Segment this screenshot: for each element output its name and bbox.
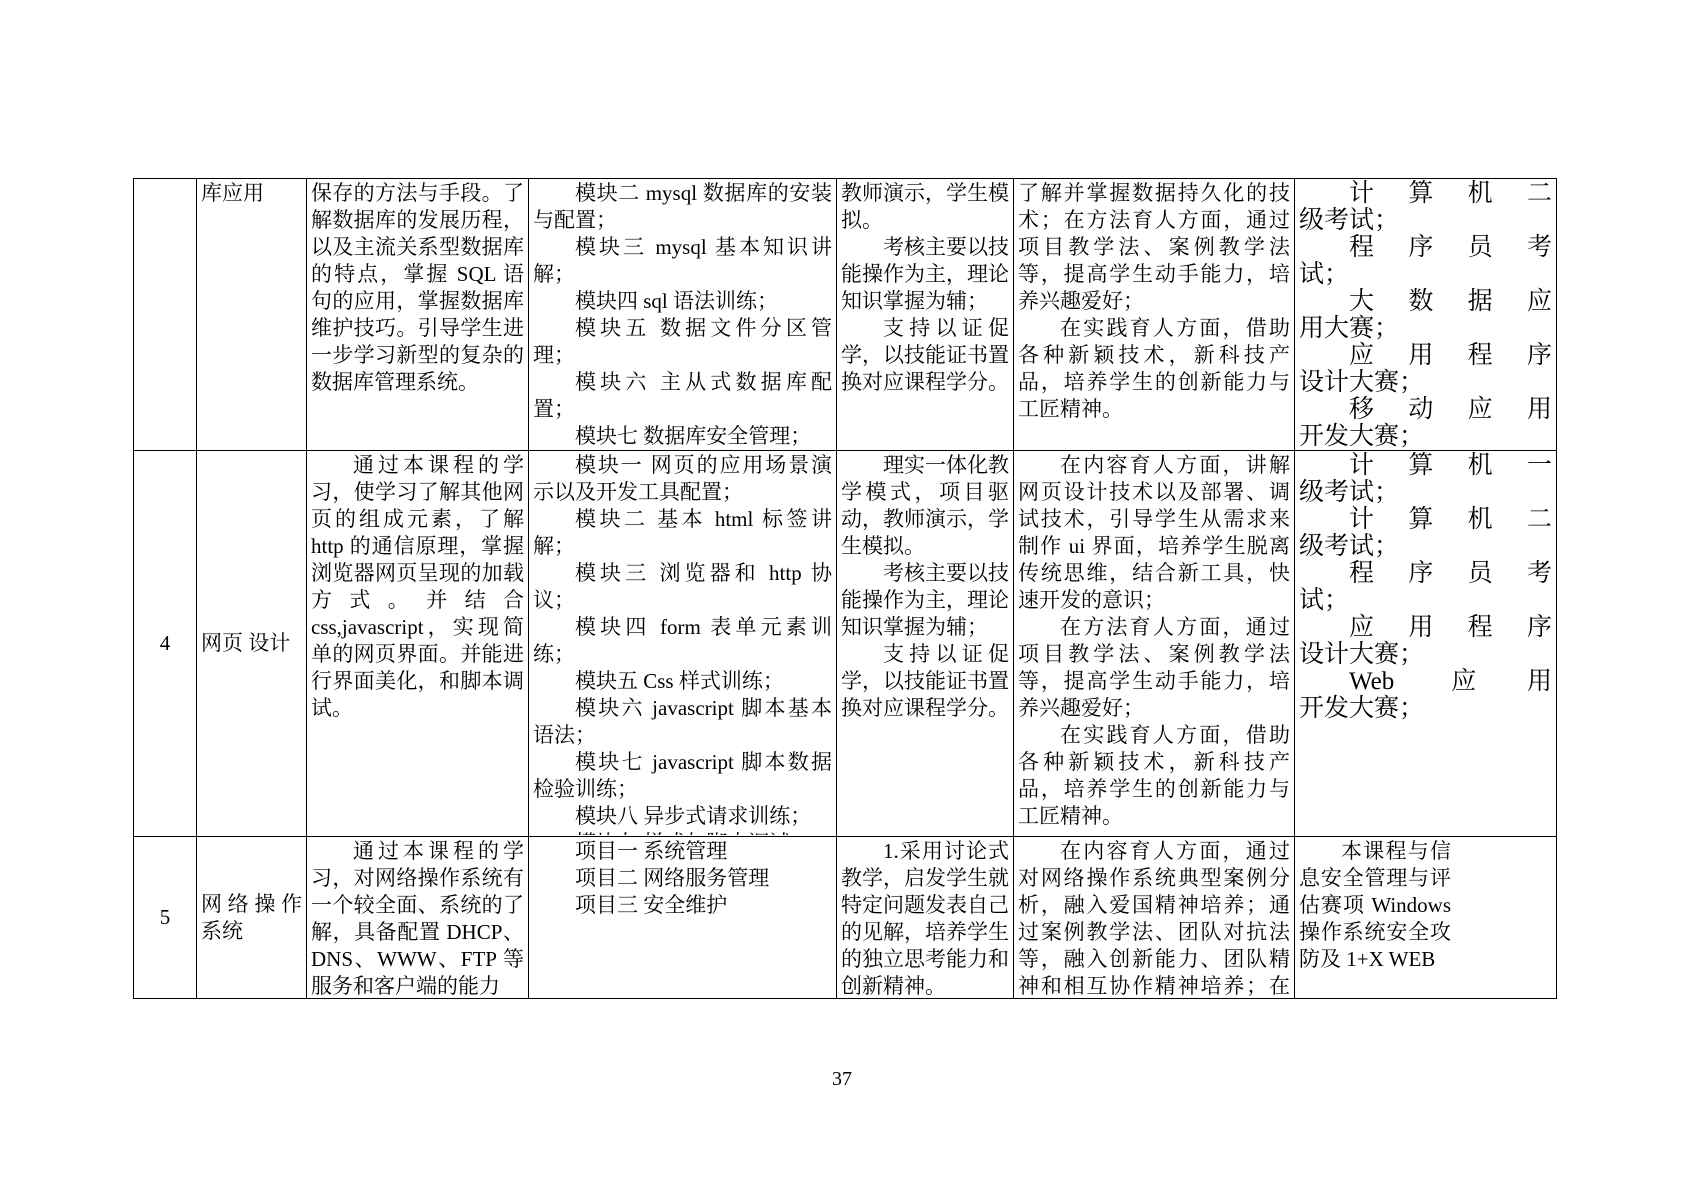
paragraph: 支持以证促学，以技能证书置换对应课程学分。 [841,315,1009,396]
curriculum-table-body: 库应用保存的方法与手段。了解数据库的发展历程，以及主流关系型数据库的特点，掌握 … [134,179,1557,999]
paragraph: 模块一 网页的应用场景演示以及开发工具配置； [533,452,832,506]
cell-course-name: 库应用 [197,179,307,451]
exam-line: 程序员考 [1299,234,1552,261]
exam-line: 试； [1299,261,1552,288]
paragraph: 模块三 mysql 基本知识讲解； [533,234,832,288]
exam-line: 开发大赛； [1299,423,1552,449]
paragraph: 通过本课程的学习，对网络操作系统有一个较全面、系统的了解，具备配置 DHCP、D… [311,838,524,997]
cell-number: 5 [134,837,197,999]
paragraph: 项目一 系统管理 [533,838,832,865]
paragraph: 模块八 异步式请求训练； [533,803,832,830]
cell-exams-competitions: 计算机一级考试；计算机二级考试；程序员考试；应用程序设计大赛；Web 应用开发大… [1295,451,1557,837]
table-row: 4网页 设计通过本课程的学习，使学习了解其他网页的组成元素，了解 http 的通… [134,451,1557,837]
cell-modules: 项目一 系统管理项目二 网络服务管理项目三 安全维护 [529,837,837,999]
paragraph: 模块五 Css 样式训练； [533,668,832,695]
paragraph: 考核主要以技能操作为主，理论知识掌握为辅； [841,560,1009,641]
exam-item: 程序员考试； [1299,560,1552,614]
cell-course-name: 网络操作系统 [197,837,307,999]
paragraph: 模块七 数据库安全管理； [533,423,832,449]
cell-description: 通过本课程的学习，对网络操作系统有一个较全面、系统的了解，具备配置 DHCP、D… [307,837,529,999]
cell-education-points: 了解并掌握数据持久化的技术；在方法育人方面，通过项目教学法、案例教学法等，提高学… [1014,179,1295,451]
exam-line: Web 应用 [1299,668,1552,695]
exam-line: 计算机一 [1299,452,1552,479]
table-row: 5网络操作系统通过本课程的学习，对网络操作系统有一个较全面、系统的了解，具备配置… [134,837,1557,999]
paragraph: 保存的方法与手段。了解数据库的发展历程，以及主流关系型数据库的特点，掌握 SQL… [311,180,524,396]
row-number: 5 [138,904,192,931]
exam-line: 用大赛； [1299,315,1552,342]
curriculum-table: 库应用保存的方法与手段。了解数据库的发展历程，以及主流关系型数据库的特点，掌握 … [133,178,1557,999]
cell-exams-competitions: 本课程与信息安全管理与评估赛项 Windows 操作系统安全攻防及 1+X WE… [1295,837,1557,999]
exam-item: 大数据应用大赛； [1299,288,1552,342]
cell-description: 保存的方法与手段。了解数据库的发展历程，以及主流关系型数据库的特点，掌握 SQL… [307,179,529,451]
paragraph: 在内容育人方面，讲解网页设计技术以及部署、调试技术，引导学生从需求来制作 ui … [1018,452,1290,614]
exam-item: 应用程序设计大赛； [1299,614,1552,668]
paragraph: 本课程与信息安全管理与评估赛项 Windows 操作系统安全攻防及 1+X WE… [1299,838,1451,973]
cell-description: 通过本课程的学习，使学习了解其他网页的组成元素，了解 http 的通信原理，掌握… [307,451,529,837]
paragraph: 模块二 基本 html 标签讲解； [533,506,832,560]
exam-item: 移动应用开发大赛； [1299,396,1552,449]
paragraph: 了解并掌握数据持久化的技术；在方法育人方面，通过项目教学法、案例教学法等，提高学… [1018,180,1290,315]
exam-line: 程序员考 [1299,560,1552,587]
cell-teaching-method: 1.采用讨论式教学，启发学生就特定问题发表自己的见解，培养学生的独立思考能力和创… [837,837,1014,999]
exam-line: 计算机二 [1299,180,1552,207]
exam-line: 级考试； [1299,533,1552,560]
exam-item: 应用程序设计大赛； [1299,342,1552,396]
exam-item: 计算机二级考试； [1299,506,1552,560]
cell-course-name: 网页 设计 [197,451,307,837]
paragraph: 在方法育人方面，通过项目教学法、案例教学法等，提高学生动手能力，培养兴趣爱好； [1018,614,1290,722]
exam-line: 大数据应 [1299,288,1552,315]
cell-modules: 模块二 mysql 数据库的安装与配置；模块三 mysql 基本知识讲解；模块四… [529,179,837,451]
row-number: 4 [138,630,192,657]
course-name: 网页 设计 [201,630,302,657]
cell-modules: 模块一 网页的应用场景演示以及开发工具配置；模块二 基本 html 标签讲解；模… [529,451,837,837]
paragraph: 项目三 安全维护 [533,892,832,919]
paragraph: 在内容育人方面，通过对网络操作系统典型案例分析，融入爱国精神培养；通过案例教学法… [1018,838,1290,997]
paragraph: 在实践育人方面，借助各种新颖技术，新科技产品，培养学生的创新能力与工匠精神。 [1018,315,1290,423]
paragraph: 模块六 主从式数据库配置； [533,369,832,423]
exam-line: 开发大赛； [1299,695,1552,722]
exam-line: 应用程序 [1299,342,1552,369]
exam-item: Web 应用开发大赛； [1299,668,1552,722]
paragraph: 项目二 网络服务管理 [533,865,832,892]
paragraph: 在实践育人方面，借助各种新颖技术，新科技产品，培养学生的创新能力与工匠精神。 [1018,722,1290,830]
paragraph: 通过本课程的学习，使学习了解其他网页的组成元素，了解 http 的通信原理，掌握… [311,452,524,722]
table-row: 库应用保存的方法与手段。了解数据库的发展历程，以及主流关系型数据库的特点，掌握 … [134,179,1557,451]
paragraph: 教师演示，学生模拟。 [841,180,1009,234]
exam-line: 设计大赛； [1299,641,1552,668]
exam-line: 计算机二 [1299,506,1552,533]
exam-item: 程序员考试； [1299,234,1552,288]
exam-line: 设计大赛； [1299,369,1552,396]
cell-teaching-method: 教师演示，学生模拟。考核主要以技能操作为主，理论知识掌握为辅；支持以证促学，以技… [837,179,1014,451]
paragraph: 1.采用讨论式教学，启发学生就特定问题发表自己的见解，培养学生的独立思考能力和创… [841,838,1009,997]
paragraph: 模块九 样式与脚本调试； [533,830,832,835]
exam-line: 试； [1299,587,1552,614]
cell-education-points: 在内容育人方面，通过对网络操作系统典型案例分析，融入爱国精神培养；通过案例教学法… [1014,837,1295,999]
page-number: 37 [0,1068,1684,1091]
document-page: 库应用保存的方法与手段。了解数据库的发展历程，以及主流关系型数据库的特点，掌握 … [0,0,1684,1191]
paragraph: 模块二 mysql 数据库的安装与配置； [533,180,832,234]
paragraph: 支持以证促学，以技能证书置换对应课程学分。 [841,641,1009,722]
course-name: 网络操作系统 [201,891,302,945]
paragraph: 考核主要以技能操作为主，理论知识掌握为辅； [841,234,1009,315]
paragraph: 模块五 数据文件分区管理； [533,315,832,369]
exam-line: 应用程序 [1299,614,1552,641]
paragraph: 模块六 javascript 脚本基本语法； [533,695,832,749]
course-name: 库应用 [201,180,302,207]
cell-education-points: 在内容育人方面，讲解网页设计技术以及部署、调试技术，引导学生从需求来制作 ui … [1014,451,1295,837]
exam-item: 计算机二级考试； [1299,180,1552,234]
exam-line: 移动应用 [1299,396,1552,423]
paragraph: 理实一体化教学模式，项目驱动，教师演示，学生模拟。 [841,452,1009,560]
exam-line: 级考试； [1299,207,1552,234]
cell-number [134,179,197,451]
paragraph: 模块七 javascript 脚本数据检验训练； [533,749,832,803]
paragraph: 模块三 浏览器和 http 协议； [533,560,832,614]
cell-exams-competitions: 计算机二级考试；程序员考试；大数据应用大赛；应用程序设计大赛；移动应用开发大赛； [1295,179,1557,451]
cell-teaching-method: 理实一体化教学模式，项目驱动，教师演示，学生模拟。考核主要以技能操作为主，理论知… [837,451,1014,837]
exam-item: 计算机一级考试； [1299,452,1552,506]
paragraph: 模块四 sql 语法训练； [533,288,832,315]
cell-number: 4 [134,451,197,837]
paragraph: 模块四 form 表单元素训练； [533,614,832,668]
exam-line: 级考试； [1299,479,1552,506]
